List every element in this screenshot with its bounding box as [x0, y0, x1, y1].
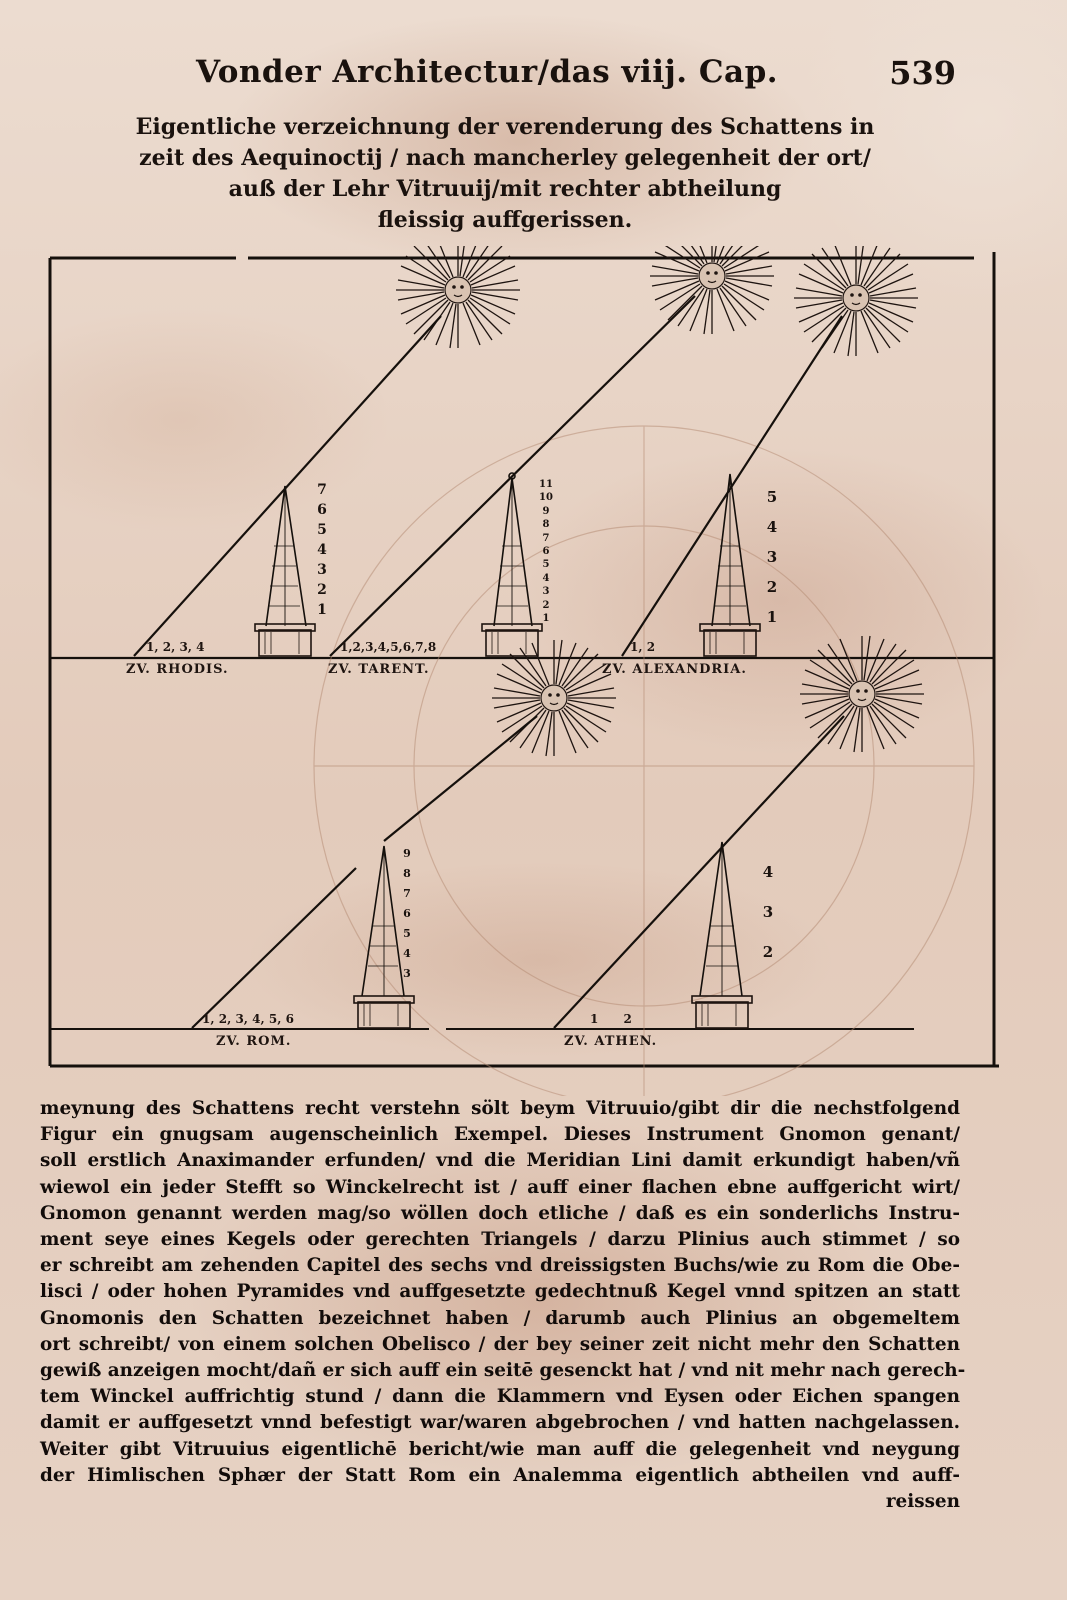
body-line: wiewol ein jeder Stefft so Winckelrecht … — [40, 1175, 960, 1201]
body-text: meynung des Schattens recht verstehn söl… — [40, 1096, 960, 1515]
ground-scale-rom: 1, 2, 3, 4, 5, 6 — [202, 1012, 294, 1026]
running-title: Vonder Architectur/das viij. Cap. — [196, 54, 778, 90]
city-label-rom: ZV. ROM. — [216, 1034, 291, 1049]
sun-alexandria — [794, 246, 918, 356]
body-line: soll erstlich Anaximander erfunden/ vnd … — [40, 1148, 960, 1174]
sun-athen — [800, 636, 924, 752]
body-line: Figur ein gnugsam augenscheinlich Exempe… — [40, 1122, 960, 1148]
running-head: Vonder Architectur/das viij. Cap. 539 — [196, 54, 966, 104]
body-line: meynung des Schattens recht verstehn söl… — [40, 1096, 960, 1122]
city-label-athen: ZV. ATHEN. — [564, 1034, 657, 1049]
figure-caption: Eigentliche verzeichnung der verenderung… — [60, 112, 950, 236]
body-line: Gnomon genannt werden mag/so wöllen doch… — [40, 1201, 960, 1227]
body-line: der Himlischen Sphær der Statt Rom ein A… — [40, 1463, 960, 1489]
body-line: gewiß anzeigen mocht/dañ er sich auff ei… — [40, 1358, 960, 1384]
caption-line: auß der Lehr Vitruuij/mit rechter abthei… — [60, 174, 950, 205]
catchword: reissen — [40, 1489, 960, 1515]
ground-scale-alexandria: 1, 2 — [630, 640, 655, 654]
page-number: 539 — [889, 54, 956, 92]
height-scale-rhodis: 7654321 — [314, 480, 330, 620]
height-scale-tarent: 1110987654321 — [538, 478, 554, 625]
body-line: Gnomonis den Schatten bezeichnet haben /… — [40, 1306, 960, 1332]
body-line: damit er auffgesetzt vnnd befestigt war/… — [40, 1410, 960, 1436]
height-scale-alexandria: 54321 — [764, 482, 780, 632]
height-scale-athen: 432 — [760, 852, 776, 972]
caption-line: fleissig auffgerissen. — [60, 205, 950, 236]
body-line: ment seye eines Kegels oder gerechten Tr… — [40, 1227, 960, 1253]
ground-scale-tarent: 1,2,3,4,5,6,7,8 — [340, 640, 436, 654]
body-line: ort schreibt/ von einem solchen Obelisco… — [40, 1332, 960, 1358]
city-label-rhodis: ZV. RHODIS. — [126, 662, 229, 677]
caption-line: zeit des Aequinoctij / nach mancherley g… — [60, 143, 950, 174]
body-line: er schreibt am zehenden Capitel des sech… — [40, 1253, 960, 1279]
ground-scale-rhodis: 1, 2, 3, 4 — [146, 640, 205, 654]
height-scale-rom: 9876543 — [400, 844, 414, 984]
city-label-alexandria: ZV. ALEXANDRIA. — [602, 662, 747, 677]
body-line: lisci / oder hohen Pyramides vnd auffges… — [40, 1279, 960, 1305]
caption-line: Eigentliche verzeichnung der verenderung… — [60, 112, 950, 143]
sun-rhodis — [396, 246, 520, 348]
ground-scale-athen: 1 2 — [590, 1012, 632, 1026]
body-line: Weiter gibt Vitruuius eigentlichē berich… — [40, 1437, 960, 1463]
body-line: tem Winckel auffrichtig stund / dann die… — [40, 1384, 960, 1410]
woodcut-figure: ZV. RHODIS. ZV. TARENT. ZV. ALEXANDRIA. … — [44, 246, 1019, 1096]
city-label-tarent: ZV. TARENT. — [328, 662, 430, 677]
